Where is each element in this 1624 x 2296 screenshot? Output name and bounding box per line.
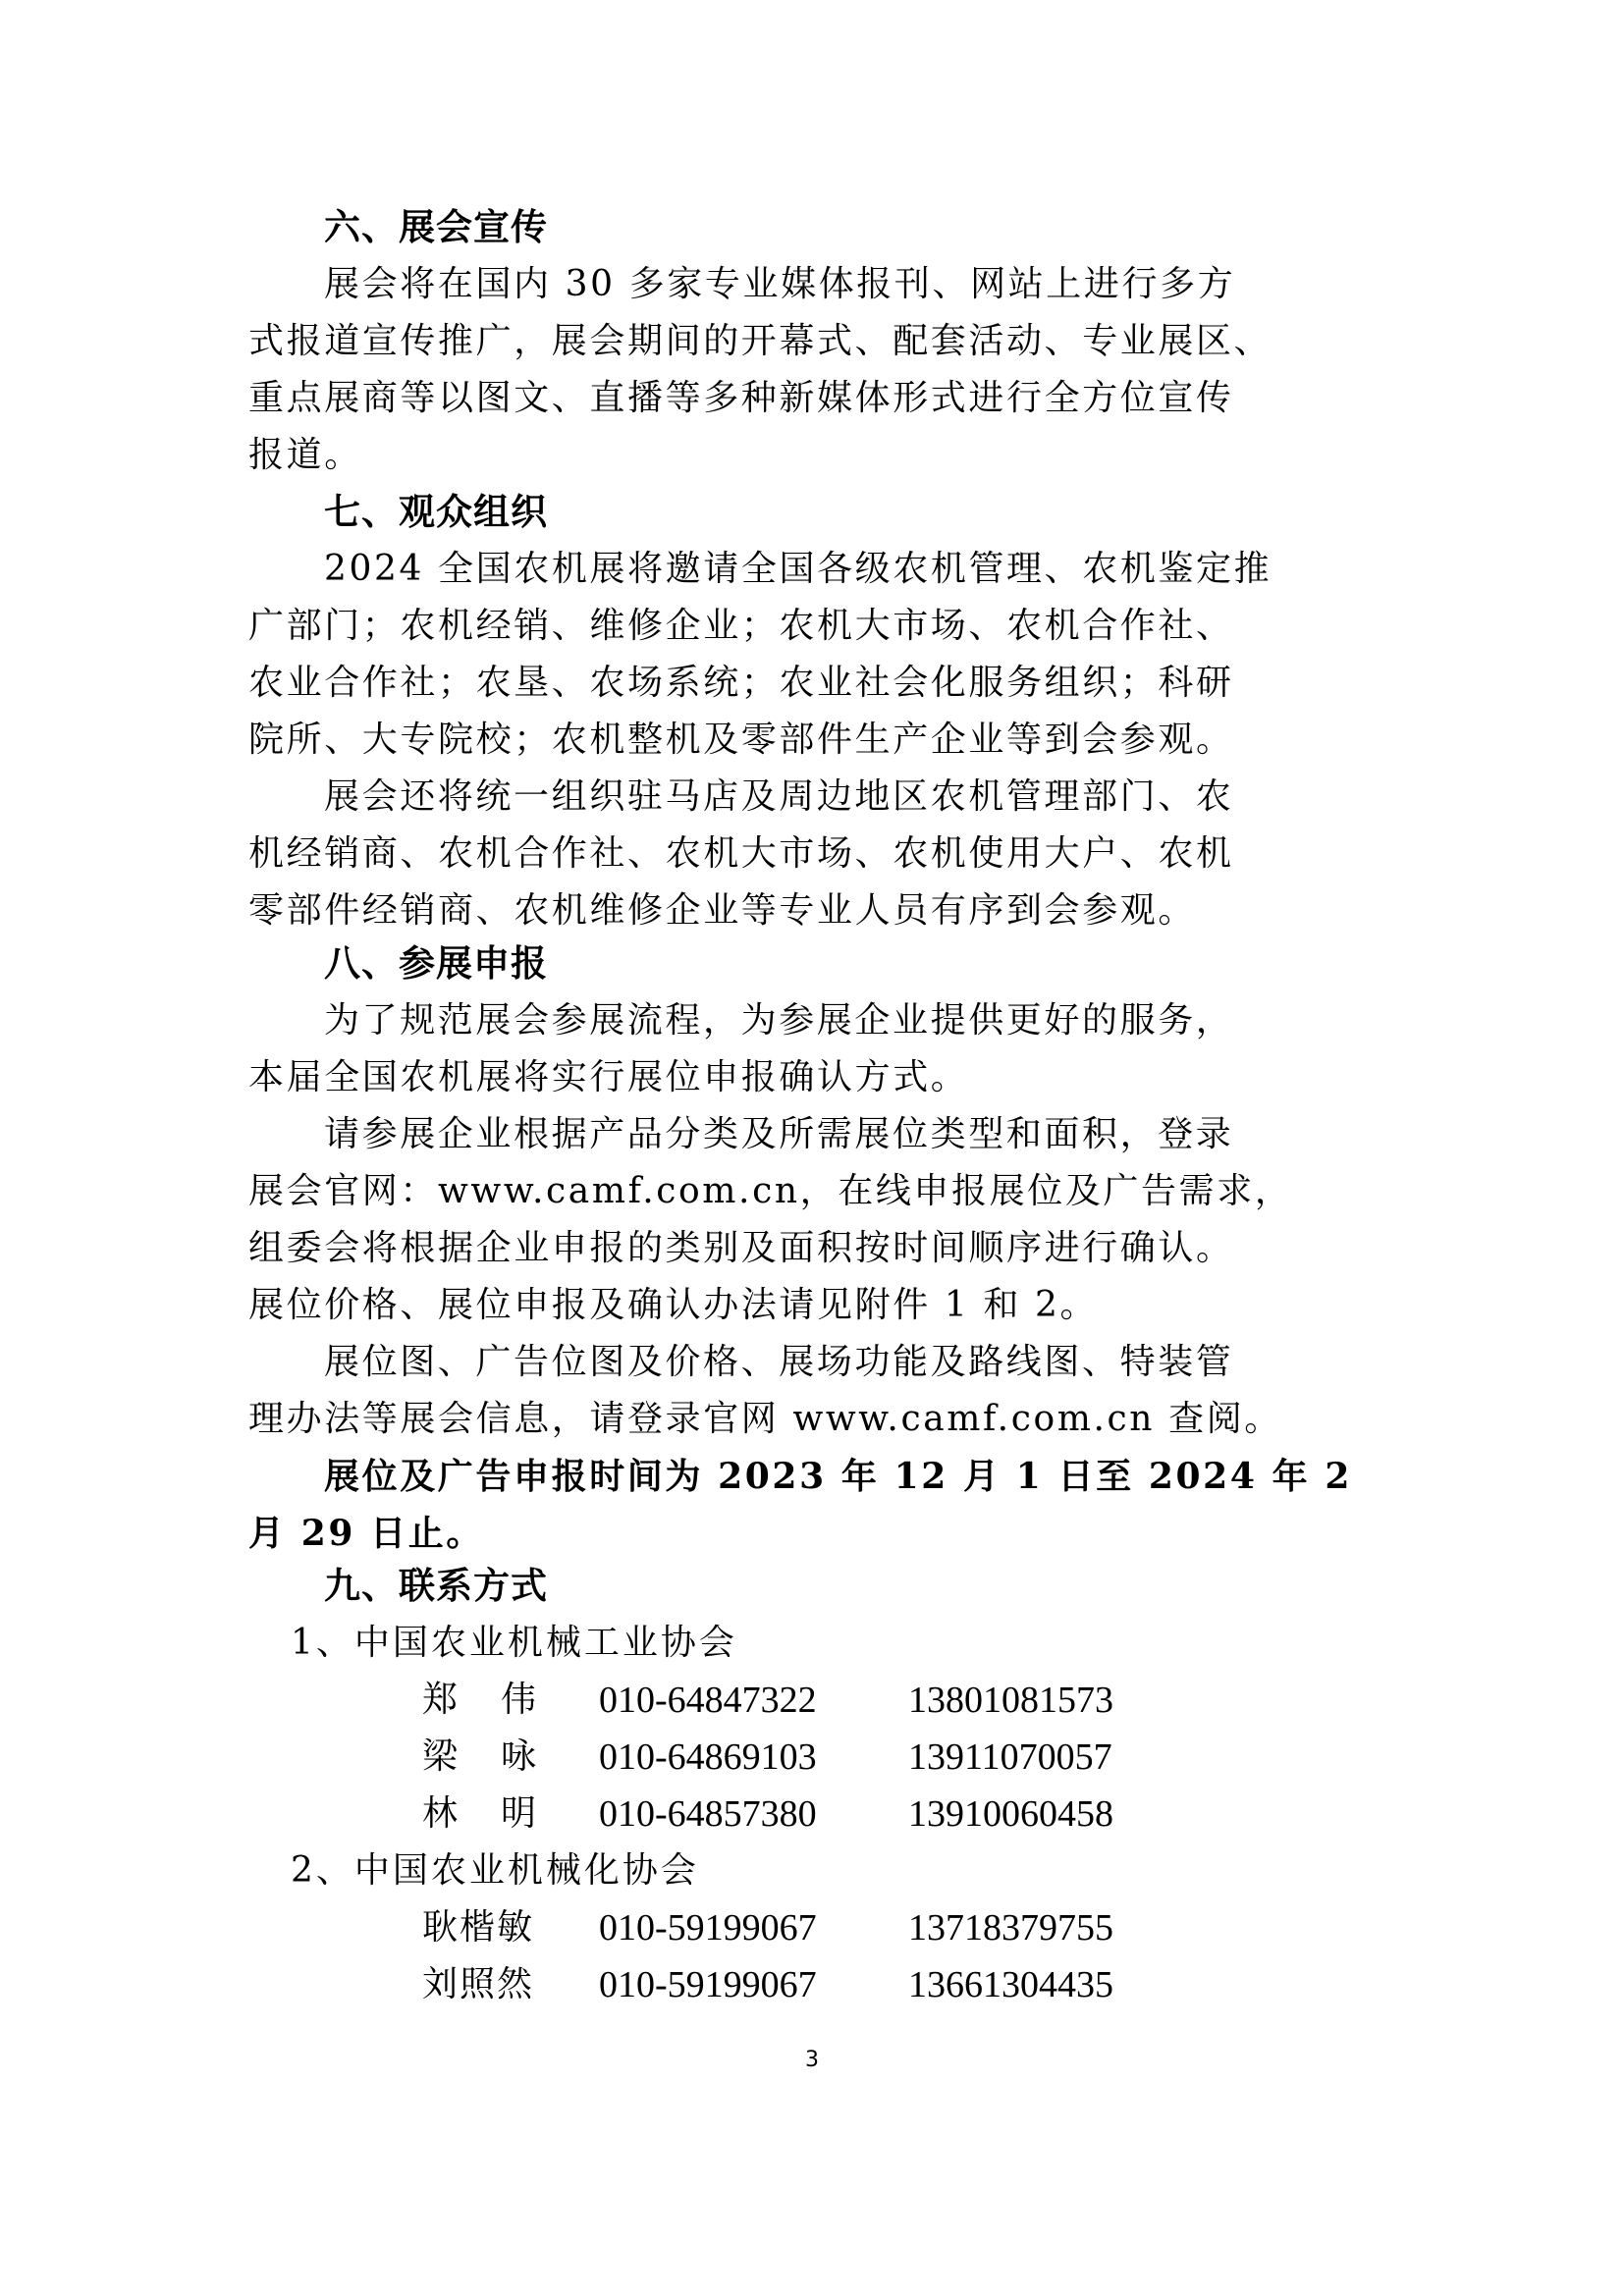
paragraph-line: 广部门；农机经销、维修企业；农机大市场、农机合作社、 — [248, 603, 1234, 650]
contact-phone: 010-64847322 — [599, 1677, 817, 1724]
section-heading-audience: 七、观众组织 — [324, 489, 548, 536]
contact-name: 刘照然 — [422, 1961, 534, 2008]
paragraph-line-with-url: 展会官网：www.camf.com.cn，在线申报展位及广告需求， — [248, 1168, 1292, 1215]
paragraph-line: 为了规范展会参展流程，为参展企业提供更好的服务， — [324, 997, 1233, 1044]
section-heading-contact: 九、联系方式 — [324, 1563, 548, 1610]
document-page: 六、展会宣传 展会将在国内 30 多家专业媒体报刊、网站上进行多方 式报道宣传推… — [0, 0, 1624, 2296]
contact-row: 郑伟 010-64847322 13801081573 — [0, 1677, 1624, 1724]
contact-row: 林明 010-64857380 13910060458 — [0, 1790, 1624, 1838]
org-label: 1、中国农业机械工业协会 — [291, 1620, 737, 1667]
paragraph-line: 机经销商、农机合作社、农机大市场、农机使用大户、农机 — [248, 830, 1234, 878]
org-label: 2、中国农业机械化协会 — [291, 1847, 699, 1895]
contact-mobile: 13911070057 — [908, 1734, 1112, 1781]
contact-name: 林明 — [422, 1790, 579, 1838]
paragraph-line: 院所、大专院校；农机整机及零部件生产企业等到会参观。 — [248, 717, 1234, 764]
contact-phone: 010-59199067 — [599, 1961, 817, 2008]
paragraph-line: 展会还将统一组织驻马店及周边地区农机管理部门、农 — [324, 774, 1233, 821]
contact-mobile: 13801081573 — [908, 1677, 1113, 1724]
contact-mobile: 13910060458 — [908, 1790, 1113, 1838]
paragraph-line: 本届全国农机展将实行展位申报确认方式。 — [248, 1054, 968, 1101]
paragraph-line: 请参展企业根据产品分类及所需展位类型和面积，登录 — [324, 1111, 1233, 1158]
paragraph-line: 展会将在国内 30 多家专业媒体报刊、网站上进行多方 — [324, 261, 1235, 308]
contact-row: 耿楷敏 010-59199067 13718379755 — [0, 1904, 1624, 1951]
contact-row: 刘照然 010-59199067 13661304435 — [0, 1961, 1624, 2008]
deadline-line: 月 29 日止。 — [248, 1510, 484, 1557]
paragraph-line: 报道。 — [248, 432, 362, 479]
contact-mobile: 13718379755 — [908, 1904, 1113, 1951]
contact-phone: 010-64869103 — [599, 1734, 817, 1781]
contact-phone: 010-59199067 — [599, 1904, 817, 1951]
paragraph-line-with-url: 理办法等展会信息，请登录官网 www.camf.com.cn 查阅。 — [248, 1396, 1282, 1443]
paragraph-line: 式报道宣传推广，展会期间的开幕式、配套活动、专业展区、 — [248, 318, 1272, 365]
contact-phone: 010-64857380 — [599, 1790, 817, 1838]
contact-name: 耿楷敏 — [422, 1904, 534, 1951]
paragraph-line: 农业合作社；农垦、农场系统；农业社会化服务组织；科研 — [248, 660, 1234, 707]
deadline-line: 展位及广告申报时间为 2023 年 12 月 1 日至 2024 年 2 — [324, 1453, 1352, 1500]
contact-name: 郑伟 — [422, 1677, 579, 1724]
paragraph-line: 重点展商等以图文、直播等多种新媒体形式进行全方位宣传 — [248, 375, 1234, 422]
paragraph-line: 零部件经销商、农机维修企业等专业人员有序到会参观。 — [248, 887, 1196, 934]
page-number: 3 — [805, 2048, 819, 2072]
contact-name: 梁咏 — [422, 1734, 579, 1781]
section-heading-publicity: 六、展会宣传 — [324, 204, 548, 251]
paragraph-line: 组委会将根据企业申报的类别及面积按时间顺序进行确认。 — [248, 1225, 1234, 1272]
contact-mobile: 13661304435 — [908, 1961, 1113, 2008]
contact-row: 梁咏 010-64869103 13911070057 — [0, 1734, 1624, 1781]
section-heading-registration: 八、参展申报 — [324, 940, 548, 988]
paragraph-line: 展位图、广告位图及价格、展场功能及路线图、特装管 — [324, 1339, 1233, 1386]
paragraph-line: 展位价格、展位申报及确认办法请见附件 1 和 2。 — [248, 1282, 1098, 1329]
paragraph-line: 2024 全国农机展将邀请全国各级农机管理、农机鉴定推 — [324, 546, 1272, 593]
